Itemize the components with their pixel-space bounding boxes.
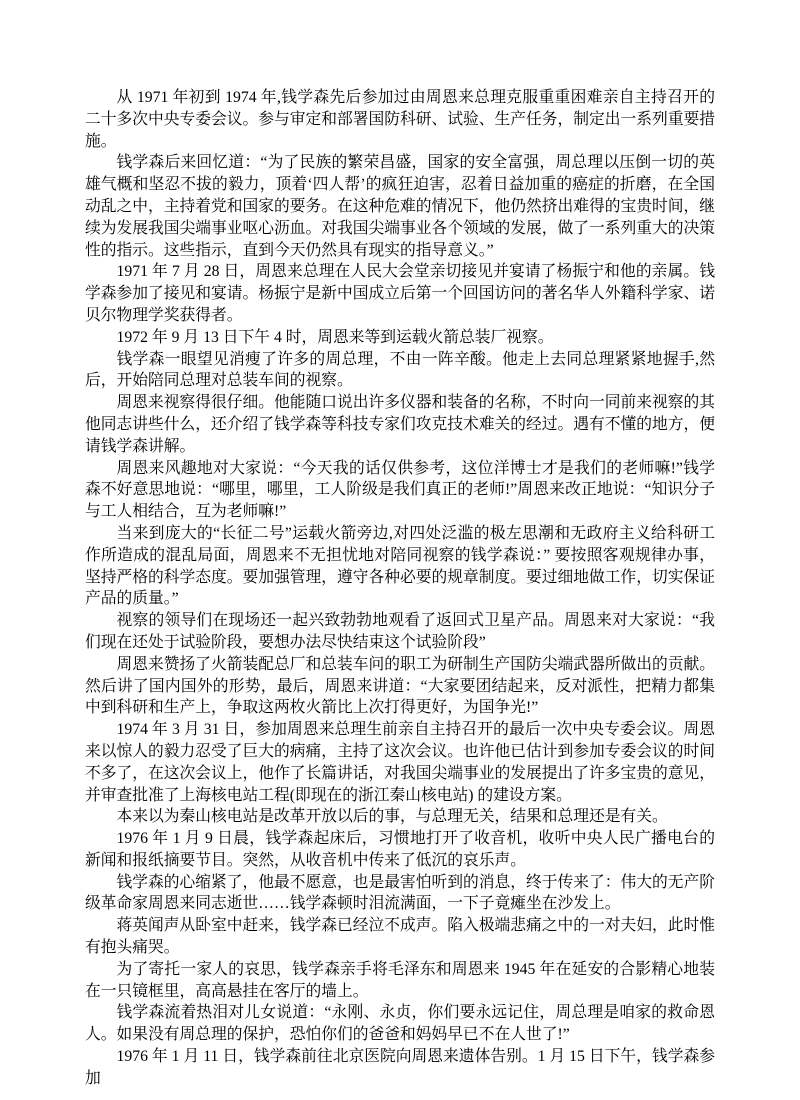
paragraph-7: 周恩来风趣地对大家说：“今天我的话仅供参考，这位洋博士才是我们的老师嘛!”钱学森… <box>85 458 715 523</box>
paragraph-6: 周恩来视察得很仔细。他能随口说出许多仪器和装备的名称，不时向一同前来视察的其他同… <box>85 392 715 457</box>
paragraph-12: 本来以为秦山核电站是改革开放以后的事，与总理无关，结果和总理还是有关。 <box>85 806 715 828</box>
paragraph-11: 1974 年 3 月 31 日，参加周恩来总理生前亲自主持召开的最后一次中央专委… <box>85 719 715 806</box>
document-text: 从 1971 年初到 1974 年,钱学森先后参加过由周恩来总理克服重重困难亲自… <box>85 87 715 1090</box>
paragraph-9: 视察的领导们在现场还一起兴致勃勃地观看了返回式卫星产品。周恩来对大家说：“我们现… <box>85 610 715 654</box>
paragraph-10: 周恩来赞扬了火箭装配总厂和总装车问的职工为研制生产国防尖端武器所做出的贡献。然后… <box>85 654 715 719</box>
paragraph-1: 从 1971 年初到 1974 年,钱学森先后参加过由周恩来总理克服重重困难亲自… <box>85 87 715 152</box>
paragraph-8: 当来到庞大的“长征二号”运载火箭旁边,对四处泛滥的极左思潮和无政府主义给科研工作… <box>85 523 715 610</box>
paragraph-17: 钱学森流着热泪对儿女说道：“永刚、永贞，你们要永远记住，周总理是咱家的救命恩人。… <box>85 1002 715 1046</box>
paragraph-16: 为了寄托一家人的哀思，钱学森亲手将毛泽东和周恩来 1945 年在延安的合影精心地… <box>85 959 715 1003</box>
paragraph-15: 蒋英闻声从卧室中赶来，钱学森已经泣不成声。陷入极端悲痛之中的一对夫妇，此时惟有抱… <box>85 915 715 959</box>
paragraph-18: 1976 年 1 月 11 日，钱学森前往北京医院向周恩来遗体告别。1 月 15… <box>85 1046 715 1090</box>
document-page: { "page": { "background_color": "#ffffff… <box>0 0 800 1100</box>
paragraph-3: 1971 年 7 月 28 日，周恩来总理在人民大会堂亲切接见并宴请了杨振宁和他… <box>85 261 715 326</box>
paragraph-13: 1976 年 1 月 9 日晨，钱学森起床后，习惯地打开了收音机，收听中央人民广… <box>85 828 715 872</box>
paragraph-2: 钱学森后来回忆道：“为了民族的繁荣昌盛，国家的安全富强，周总理以压倒一切的英雄气… <box>85 152 715 261</box>
paragraph-4: 1972 年 9 月 13 日下午 4 时，周恩来等到运载火箭总装厂视察。 <box>85 327 715 349</box>
paragraph-14: 钱学森的心缩紧了，他最不愿意，也是最害怕听到的消息，终于传来了：伟大的无产阶级革… <box>85 872 715 916</box>
paragraph-5: 钱学森一眼望见消瘦了许多的周总理，不由一阵辛酸。他走上去同总理紧紧地握手,然后，… <box>85 349 715 393</box>
